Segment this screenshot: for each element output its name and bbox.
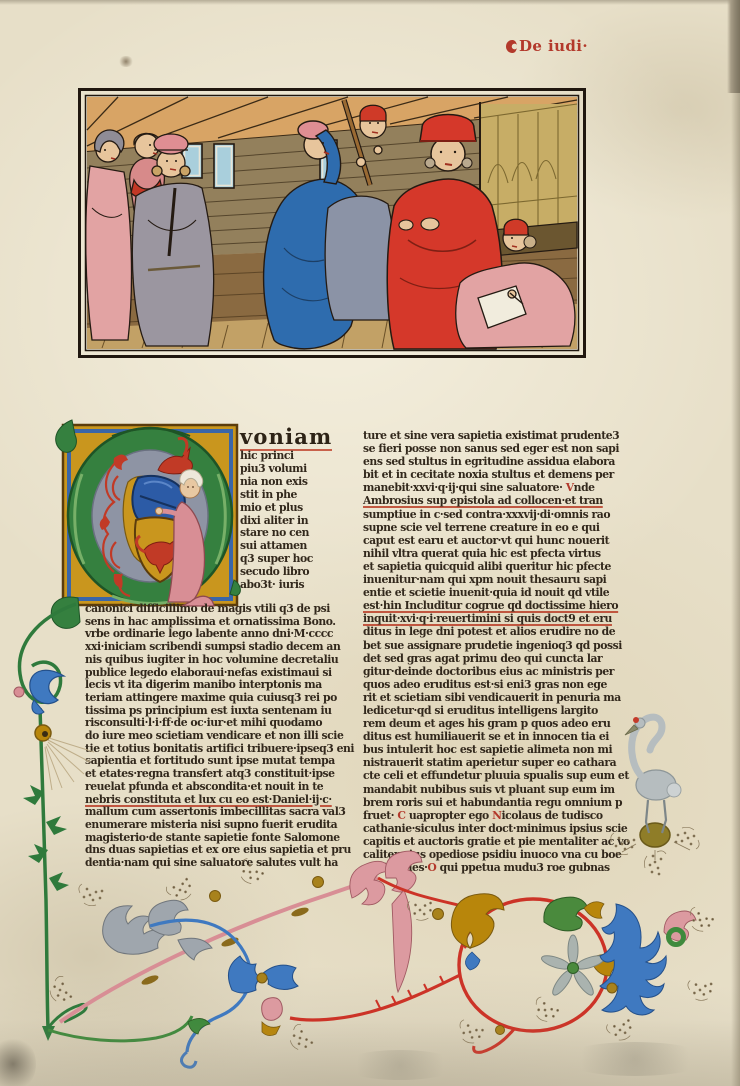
text-line: inquit·xvi·q·i·reuertimini si quis doct9… (363, 612, 643, 625)
text-line: cte celi et effundetur pluuia spualis su… (363, 769, 643, 782)
rubric-text: De iudi· (519, 37, 588, 55)
text-line: abo3t· iuris (240, 579, 313, 592)
vine-gold-bezant (35, 725, 51, 741)
text-line: ledicetur·qd si eruditus intelligens lar… (363, 704, 643, 717)
text-line: se fieri posse non sanus sed eger est no… (363, 442, 643, 455)
text-line: nihil vltra querat quia hic est pfecta v… (363, 547, 643, 560)
text-line: capitis et auctoris gratie et pie mental… (363, 835, 643, 848)
text-line: entie et scietie inuenit·quia id nouit q… (363, 586, 643, 599)
left-column: canonici difficillimo de magis vtili q3 … (85, 603, 365, 870)
crane-gold-orb (640, 823, 670, 847)
text-line: manebit·xxvi·q·ij·qui sine saluatore· Vn… (363, 481, 643, 494)
border-star-flower (540, 935, 624, 998)
border-gold-acanthus (451, 894, 504, 948)
stain (340, 1050, 460, 1080)
text-line: brem roris sui et habundantia regu omniu… (363, 796, 643, 809)
woodcut-illustration (78, 88, 586, 358)
text-line: et sapietia quicquid alibi queritur hic … (363, 560, 643, 573)
border-gold-bezants (210, 877, 618, 1035)
left-column-inset: hic principiu3 voluminia non exisstit in… (240, 450, 313, 592)
text-line: gitur·deinde doctoribus eius ac ministri… (363, 665, 643, 678)
text-line: nistrauerit statim aperietur super eo ca… (363, 756, 643, 769)
text-line: ditus est humiliauerit se et in innocen … (363, 730, 643, 743)
border-blue-feather (600, 904, 666, 1015)
text-line: supne scie vel terrene creature in eo e … (363, 521, 643, 534)
text-line: det sed gras agat primu deo qui cuncta l… (363, 652, 643, 665)
border-blue-leaves (228, 956, 298, 993)
text-line: bus intulerit hoc est sapietie alimeta n… (363, 743, 643, 756)
manuscript-page: De iudi· (0, 0, 740, 1086)
text-line: rem deum et ages his gram p quos adeo er… (363, 717, 643, 730)
margin-vine (14, 597, 94, 1041)
text-line: inuenitur·nam qui xpm nouit thesauru sap… (363, 573, 643, 586)
text-line: ture et sine vera sapietia existimat pru… (363, 429, 643, 442)
opening-word: voniam (240, 426, 332, 451)
text-line: rit et scietiam sibi vendicauerit in pen… (363, 691, 643, 704)
page-edge-right (731, 0, 740, 1086)
border-green-ring (669, 930, 684, 945)
text-line: bet sue assignare prudetie ingenioq3 qd … (363, 639, 643, 652)
illuminated-initial-q (62, 424, 238, 606)
stain (560, 1042, 710, 1076)
rubric: De iudi· (506, 37, 588, 55)
text-line: mandabit nubibus suis vt pluant sup eum … (363, 783, 643, 796)
text-line: ditus in lege dni potest et alios erudir… (363, 625, 643, 638)
border-grey-acanthus (103, 900, 212, 960)
paragraph-mark-icon (506, 40, 517, 53)
right-column: ture et sine vera sapietia existimat pru… (363, 429, 643, 874)
text-line: fruet· C uapropter ego Nicolaus de tudis… (363, 809, 643, 822)
text-line: ens sed stultus in egritudine assidua el… (363, 455, 643, 468)
text-line: bit et in cecitate noxia stultus et deme… (363, 468, 643, 481)
border-green-acanthus (544, 897, 588, 931)
text-line: caput est earu et auctor·vt qui hunc nou… (363, 534, 643, 547)
page-edge-top (0, 0, 740, 5)
vine-blue-curl (30, 670, 64, 703)
text-line: dentia·nam qui sine saluatore salutes vu… (85, 857, 365, 870)
text-line: caliter eius opediose psidiu inuoco vna … (363, 848, 643, 861)
text-line: Ambrosius sup epistola ad collocen·et tr… (363, 494, 643, 507)
text-line: est·hin Includitur cogrue qd doctissime … (363, 599, 643, 612)
text-line: cio inquies·O qui ppetua mudu3 roe gubna… (363, 861, 643, 874)
stain (118, 56, 134, 67)
vine-thorn-leaves (23, 785, 69, 891)
text-line: quos adeo eruditus est·si eni3 gras non … (363, 678, 643, 691)
text-line: cathanie·siculus inter doct·minimus ipsi… (363, 822, 643, 835)
text-line: sumptiue in c·sed contra·xxxvij·di·omnis… (363, 508, 643, 521)
